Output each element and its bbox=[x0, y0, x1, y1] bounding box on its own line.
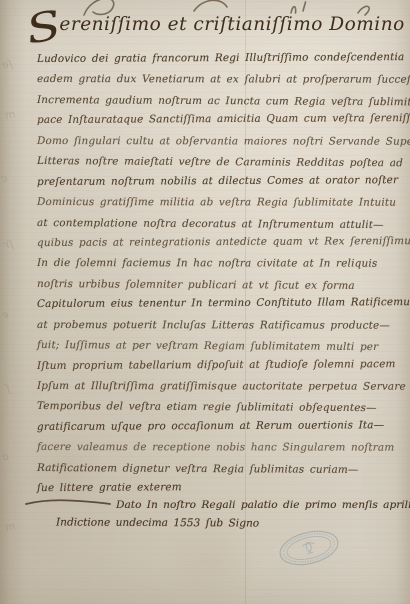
handwritten-line: Capitulorum eius tenentur In termino Con… bbox=[37, 292, 397, 314]
handwritten-line: Domo ſingulari cultu at obſervantia maio… bbox=[37, 131, 397, 152]
handwritten-line: Ludovico dei gratia francorum Regi Illuſ… bbox=[37, 47, 397, 69]
manuscript-page: ſe m c ſr e ſ a m Sereniſſimo et criſtia… bbox=[0, 0, 410, 604]
handwritten-line: at probemus potuerit Incluſas Litteras R… bbox=[37, 315, 397, 336]
ink-bleedthrough-mark: ſ bbox=[5, 382, 11, 395]
ink-bleedthrough-mark: c bbox=[0, 172, 8, 186]
letter-body: Ludovico dei gratia francorum Regi Illuſ… bbox=[37, 49, 397, 499]
date-line-text: Dato In noſtro Regali palatio die primo … bbox=[116, 499, 410, 511]
ink-bleedthrough-mark: ſr bbox=[3, 237, 14, 251]
ink-bleedthrough-mark: a bbox=[1, 450, 9, 464]
handwritten-line: Ipſum at Illuſtriſſima gratiſſimisque au… bbox=[37, 376, 397, 397]
stamp-ring-text bbox=[281, 529, 338, 567]
handwritten-line: ſue littere gratie exterem bbox=[37, 476, 397, 498]
stamp-crest-icon bbox=[302, 541, 316, 555]
handwritten-line: Iſtum proprium tabellarium diſpoſuit at … bbox=[37, 354, 397, 376]
handwritten-line: eadem gratia dux Venetiarum at ex ſalubr… bbox=[37, 69, 397, 90]
ink-bleedthrough-mark: m bbox=[4, 107, 16, 121]
handwritten-line: Dominicus gratiſſime militia ab veſtra R… bbox=[37, 192, 397, 213]
handwritten-line: pace Inſtaurataque Sanctiſſima amicitia … bbox=[37, 108, 397, 130]
pen-flourish-icon bbox=[24, 499, 112, 507]
handwritten-line: facere valeamus de receptione nobis hanc… bbox=[37, 437, 397, 458]
handwritten-line: preſentarum noſtrum nobilis at dilectus … bbox=[37, 170, 397, 192]
swash-initial: S bbox=[24, 10, 63, 45]
handwritten-line: quibus pacis at reintegrationis antedict… bbox=[37, 231, 397, 253]
salutation-header: Sereniſſimo et criſtianiſſimo Domino: bbox=[30, 13, 410, 43]
indiction-line: Indictione undecima 1553 ſub Signo bbox=[56, 516, 259, 529]
ink-bleedthrough-mark: m bbox=[4, 519, 16, 533]
ink-bleedthrough-mark: e bbox=[1, 308, 9, 322]
handwritten-line: In die ſolemni faciemus In hac noſtra ci… bbox=[37, 253, 397, 274]
salutation-text: ereniſſimo et criſtianiſſimo Domino bbox=[59, 14, 404, 35]
archive-stamp bbox=[276, 527, 342, 569]
ink-bleedthrough-mark: ſe bbox=[1, 57, 13, 71]
date-line: Dato In noſtro Regali palatio die primo … bbox=[24, 499, 410, 511]
handwritten-line: gratificarum uſque pro occaſionum at Rer… bbox=[37, 415, 397, 437]
